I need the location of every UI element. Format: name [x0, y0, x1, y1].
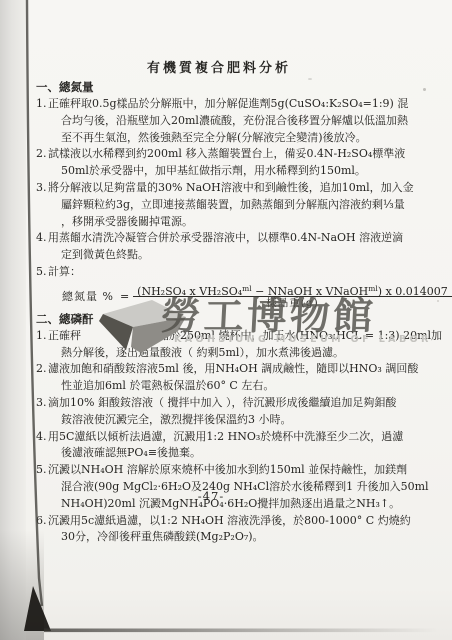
- procedure-line: 4.用蒸餾水清洗冷凝管合併於承受器溶液中，以標準0.4N-NaOH 溶液逆滴: [36, 230, 442, 247]
- procedure-line: 5.沉澱以NH₄OH 溶解於原來燒杯中後加水到約150ml 並保持鹼性，加鎂劑: [36, 462, 442, 479]
- procedure-line: 2.試樣液以水稀釋到約200ml 移入蒸餾裝置台上，備妥0.4N-H₂SO₄標準…: [36, 146, 442, 163]
- section-heading: 二、總磷酐: [36, 312, 442, 327]
- total-nitrogen-formula: 總氮量 %=(NH₂SO₄ x VH₂SO₄ml − NNaOH x VNaOH…: [62, 281, 442, 312]
- procedure-line: 1.正確秤取0.5g樣品於分解瓶中，加分解促進劑5g(CuSO₄:K₂SO₄=1…: [36, 96, 442, 113]
- procedure-line: 4.用5C濾紙以傾析法過濾，沉澱用1:2 HNO₃於燒杯中洗滌至少二次，過濾: [36, 429, 442, 446]
- gutter-bottom-shadow: [0, 530, 44, 640]
- page-number: -47-: [0, 489, 422, 503]
- procedure-line: 至不再生氣泡，然後強熱至完全分解(分解液完全變清)後放冷。: [36, 130, 442, 147]
- procedure-line: 6.沉澱用5c濾紙過濾，以1:2 NH₄OH 溶液洗淨後，於800-1000° …: [36, 513, 442, 530]
- procedure-line: 性並追加6ml 於電熱板保溫於60° C 左右。: [36, 378, 442, 395]
- procedure-line: 5.計算：: [36, 264, 442, 281]
- procedure-line: 50ml於承受器中，加甲基紅做指示劑，用水稀釋到約150ml。: [36, 163, 442, 180]
- procedure-line: 銨溶液使沉澱完全，激烈攪拌後保溫約3 小時。: [36, 412, 442, 429]
- item-number: 5.: [36, 462, 48, 479]
- item-number: 3.: [36, 395, 48, 412]
- procedure-line: 3.將分解液以足夠當量的30% NaOH溶液中和到鹼性後，追加10ml，加入金: [36, 180, 442, 197]
- section-heading: 一、總氮量: [36, 80, 442, 95]
- procedure-line: 2.濾液加飽和硝酸銨溶液5ml 後，用NH₄OH 調成鹼性，隨即以HNO₃ 調回…: [36, 361, 442, 378]
- procedure-line: 後濾液確認無PO₄≡後拋棄。: [36, 445, 442, 462]
- page-title: 有機質複合肥料分析: [36, 60, 402, 77]
- item-number: 6.: [36, 513, 48, 530]
- item-number: 5.: [36, 264, 48, 281]
- scanned-document-page: 有機質複合肥料分析 一、總氮量1.正確秤取0.5g樣品於分解瓶中，加分解促進劑5…: [0, 0, 452, 640]
- procedure-line: 熱分解後，逐出過量酸液（ 約剩5ml），加水煮沸後過濾。: [36, 345, 442, 362]
- superscript-unit: ml: [368, 284, 378, 293]
- item-number: 4.: [36, 429, 48, 446]
- document-body: 有機質複合肥料分析 一、總氮量1.正確秤取0.5g樣品於分解瓶中，加分解促進劑5…: [36, 60, 442, 546]
- item-number: 1.: [36, 328, 48, 345]
- procedure-line: 3.滴加10% 鉬酸銨溶液（ 攪拌中加入 ），待沉澱形成後繼續追加足夠鉬酸: [36, 395, 442, 412]
- formula-denominator: 樣品重(g): [133, 297, 452, 310]
- item-number: 4.: [36, 230, 48, 247]
- formula-equals: =: [120, 290, 129, 303]
- procedure-line: 30分，冷卻後秤重焦磷酸鎂(Mg₂P₂O₇)。: [36, 529, 442, 546]
- formula-numerator: (NH₂SO₄ x VH₂SO₄ml − NNaOH x VNaOHml) x …: [133, 282, 452, 297]
- superscript-unit: ml: [242, 284, 252, 293]
- procedure-line: 屬鋅顆粒約3g，立即連接蒸餾裝置，加熱蒸餾到分解瓶內溶液約剩⅓量: [36, 197, 442, 214]
- formula-label: 總氮量 %: [62, 288, 114, 304]
- procedure-line: ，移開承受器後關掉電源。: [36, 214, 442, 231]
- procedure-line: 定到微黃色終點。: [36, 247, 442, 264]
- procedure-line: 1.正確秤 樣品於250ml 燒杯中，加王水(HNO₃:HCL = 1:3) 2…: [36, 328, 442, 345]
- formula-fraction: (NH₂SO₄ x VH₂SO₄ml − NNaOH x VNaOHml) x …: [133, 282, 452, 310]
- item-number: 1.: [36, 96, 48, 113]
- item-number: 2.: [36, 361, 48, 378]
- item-number: 2.: [36, 146, 48, 163]
- item-number: 3.: [36, 180, 48, 197]
- procedure-line: 合均勻後，沿瓶壁加入20ml濃硫酸，充份混合後移置分解爐以低溫加熱: [36, 113, 442, 130]
